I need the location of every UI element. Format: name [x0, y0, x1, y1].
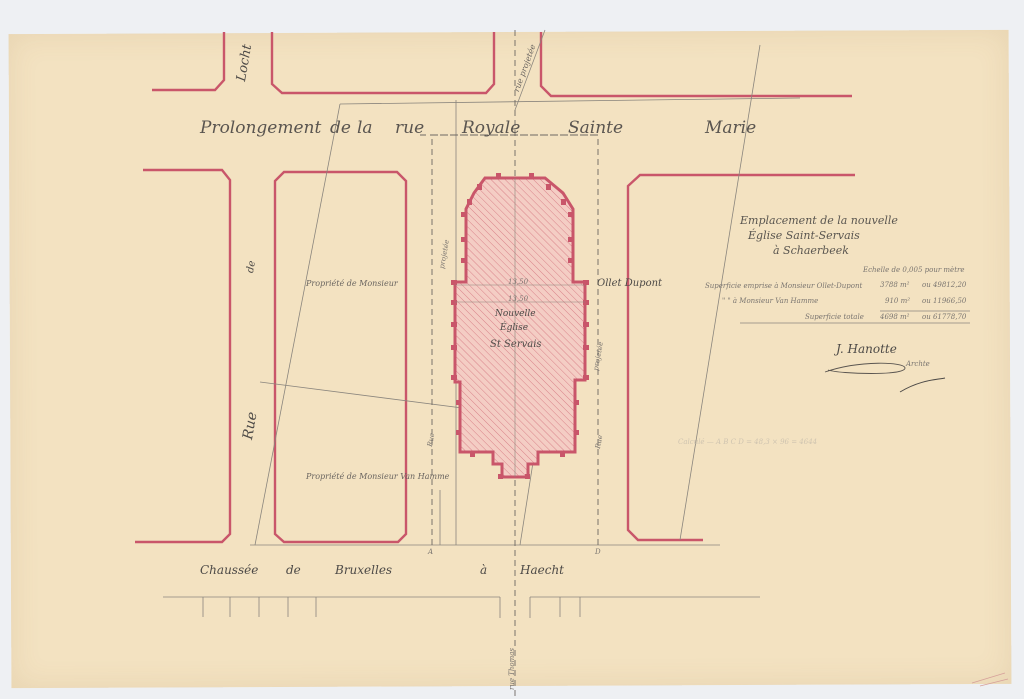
area-row-label: Superficie totale	[805, 313, 864, 321]
title-line1: Emplacement de la nouvelle	[740, 214, 898, 227]
church-label-line1: Nouvelle	[495, 309, 536, 319]
street-label-word: de	[330, 118, 351, 138]
street-label-word: Sainte	[568, 118, 623, 138]
area-row-label: " " à Monsieur Van Hamme	[722, 297, 818, 305]
parcel-label-right: Ollet Dupont	[597, 278, 662, 289]
street-label-word: Marie	[705, 118, 756, 138]
street-label-word: rue	[395, 118, 424, 138]
title-line2: Église Saint-Servais	[748, 229, 860, 242]
church-label-line2: Église	[500, 323, 528, 333]
church-dimension-mid: 13,50	[508, 295, 528, 303]
church-label-line3: St Servais	[490, 339, 542, 350]
area-row-value: ou 11966,50	[922, 297, 966, 305]
area-row-value: ou 49812,20	[922, 281, 966, 289]
title-line3: à Schaerbeek	[773, 244, 849, 257]
area-row-m2: 4698 m²	[880, 313, 909, 321]
street-label-word: à	[480, 563, 487, 577]
scale-note: Echelle de 0,005 pour mètre	[863, 266, 965, 274]
street-label-word: Bruxelles	[335, 563, 392, 577]
street-label-word: Prolongement	[200, 118, 321, 138]
signature-flourish	[825, 363, 905, 373]
street-label-word: la	[357, 118, 373, 138]
street-label-word: Royale	[462, 118, 520, 138]
parcel-label-left-lower: Propriété de Monsieur Van Hamme	[306, 472, 449, 481]
pencil-calculation: Calculé — A B C D = 48,3 × 96 = 4644	[678, 438, 817, 446]
signature-title: Archte	[906, 360, 930, 368]
area-row-m2: 910 m²	[885, 297, 910, 305]
area-row-label: Superficie emprise à Monsieur Ollet-Dupo…	[705, 282, 862, 290]
church-dimension-top: 13,50	[508, 278, 528, 286]
street-label-word: Haecht	[520, 563, 564, 577]
area-row-m2: 3788 m²	[880, 281, 909, 289]
street-label-de: de	[245, 260, 258, 274]
corner-marker-d: D	[595, 548, 601, 556]
street-label-word: de	[286, 563, 301, 577]
street-label-thomas: rue Thomas	[508, 648, 516, 690]
signature-name: J. Hanotte	[836, 342, 897, 356]
parcel-label-left-upper: Propriété de Monsieur	[306, 279, 398, 288]
street-label-word: Chaussée	[200, 563, 258, 577]
corner-marker-a: A	[428, 548, 433, 556]
area-row-value: ou 61778,70	[922, 313, 966, 321]
